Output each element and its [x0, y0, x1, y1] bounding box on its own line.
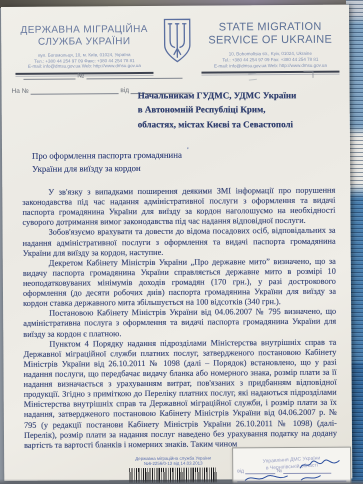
subject-block: Про оформлення паспорта громадянина ᵛ Ук…	[32, 149, 182, 176]
address-en: 10, Bohomoltsia str., Kyiv, 01024, Ukrai…	[201, 51, 339, 69]
body-paragraph: Пунктом 4 Порядку надання підрозділами М…	[23, 337, 337, 450]
on-number-label: На №	[12, 88, 29, 95]
barcode-label-line2: №6-2256/0-13 від 14.03.2013	[125, 461, 221, 467]
on-number-blank-line	[30, 87, 118, 95]
letterhead: ДЕРЖАВНА МІГРАЦІЙНА СЛУЖБА УКРАЇНИ вул. …	[15, 15, 339, 78]
org-name-en: STATE MIGRATION SERVICE OF UKRAINE	[201, 21, 339, 48]
letter-body: У зв'язку з випадками поширення деякими …	[22, 186, 337, 451]
date-blank-line	[23, 72, 75, 79]
org-name-ua: ДЕРЖАВНА МІГРАЦІЙНА СЛУЖБА УКРАЇНИ	[15, 24, 153, 49]
number-blank-line	[86, 72, 182, 80]
photo-frame: ДЕРЖАВНА МІГРАЦІЙНА СЛУЖБА УКРАЇНИ вул. …	[0, 0, 363, 484]
header-rule-right-2	[201, 74, 339, 76]
photo-bottom-shadow	[0, 479, 363, 484]
address-en-line3: E-mail: info@dmsu.gov.ua Web: http://www…	[201, 62, 339, 69]
subject-line2: України для виїзду за кордон	[32, 162, 182, 176]
recipient-block: Начальникам ГУДМС, УДМС України в Автоно…	[138, 88, 348, 131]
faint-stamp-smudge	[248, 73, 257, 81]
org-name-ua-line2: СЛУЖБА УКРАЇНИ	[15, 36, 153, 49]
body-paragraph: У зв'язку з випадками поширення деякими …	[22, 186, 335, 229]
subject-line1-wrap: Про оформлення паспорта громадянина ᵛ	[32, 149, 182, 163]
outgoing-number-row: №	[23, 72, 182, 80]
body-paragraph: Постановою Кабінету Міністрів України ві…	[23, 307, 336, 340]
org-block-ua: ДЕРЖАВНА МІГРАЦІЙНА СЛУЖБА УКРАЇНИ вул. …	[15, 16, 153, 77]
handwritten-number	[298, 459, 342, 471]
org-name-ua-line1: ДЕРЖАВНА МІГРАЦІЙНА	[15, 24, 153, 37]
handwritten-tick-mark: ᵛ	[187, 146, 189, 155]
org-name-en-line1: STATE MIGRATION	[201, 21, 339, 35]
from-label: від	[120, 87, 129, 94]
document-page: ДЕРЖАВНА МІГРАЦІЙНА СЛУЖБА УКРАЇНИ вул. …	[1, 5, 352, 481]
recipient-line1: Начальникам ГУДМС, УДМС України	[138, 88, 348, 103]
trident-emblem-icon	[160, 18, 194, 64]
recipient-line2: в Автономній Республіці Крим,	[138, 103, 348, 118]
faint-corner-mark	[303, 71, 313, 78]
org-name-en-line2: SERVICE OF UKRAINE	[201, 34, 339, 48]
org-block-en: STATE MIGRATION SERVICE OF UKRAINE 10, B…	[201, 15, 339, 76]
body-paragraph: Декретом Кабінету Міністрів України „Про…	[23, 256, 336, 309]
number-label: №	[77, 72, 84, 79]
body-paragraph: Зобов'язуємо врахувати та довести до від…	[23, 226, 336, 259]
address-ua-line3: E-mail: info@dmsu.gov.ua Web: http://www…	[15, 63, 153, 70]
emblem-block	[153, 16, 201, 77]
address-ua: вул. Богомольця, 10, м. Київ, 01024, Укр…	[15, 52, 153, 70]
subject-line1: Про оформлення паспорта громадянина	[32, 150, 182, 161]
barcode-label: Державна міграційна служба України №6-22…	[125, 455, 221, 466]
recipient-line3: областях, містах Києві та Севастополі	[138, 117, 348, 132]
